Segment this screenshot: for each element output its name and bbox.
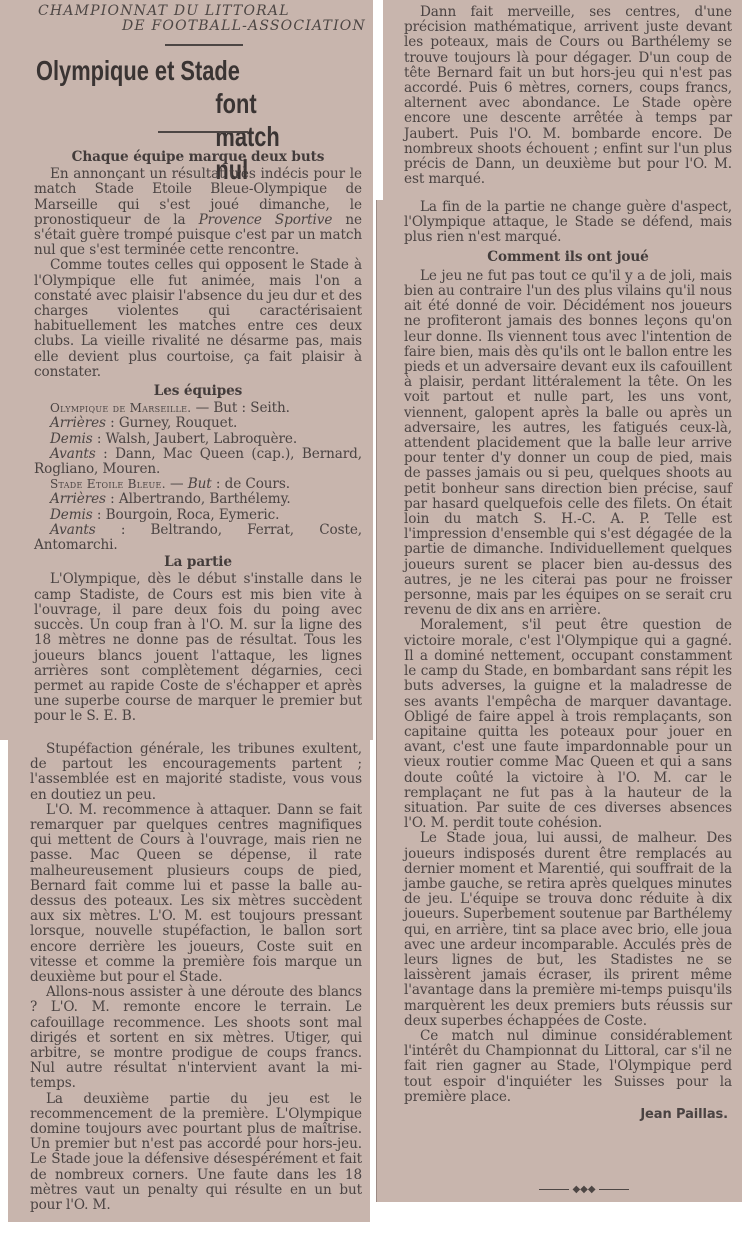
teams-subhead: Les équipes — [34, 384, 362, 399]
match-paragraph-4: Allons-nous assister à une déroute des b… — [30, 985, 362, 1091]
article-column-right-continued: La fin de la partie ne change guère d'as… — [404, 200, 732, 1122]
how-subhead: Comment ils ont joué — [404, 250, 732, 265]
position-label: Arrières — [50, 415, 106, 431]
players: de Cours. — [225, 476, 290, 492]
players: Seith. — [250, 400, 290, 416]
kicker: CHAMPIONNAT DU LITTORAL DE FOOTBALL-ASSO… — [38, 4, 368, 34]
match-paragraph-7: La fin de la partie ne change guère d'as… — [404, 200, 732, 246]
article-column-left: Chaque équipe marque deux buts En annonç… — [34, 148, 362, 725]
team-forwards-line: Avants : Dann, Mac Queen (cap.), Bernard… — [34, 447, 362, 477]
ornament-line — [539, 1189, 569, 1190]
kicker-line-2: DE FOOTBALL-ASSOCIATION — [38, 19, 368, 34]
divider-rule — [165, 44, 243, 46]
ornament-line — [599, 1189, 629, 1190]
byline: Jean Paillas. — [404, 1107, 732, 1122]
divider-rule — [158, 131, 248, 133]
team-halves-line: Demis : Walsh, Jaubert, Labroquère. — [34, 432, 362, 447]
match-paragraph-5: La deuxième partie du jeu est le recomme… — [30, 1092, 362, 1214]
players: Walsh, Jaubert, Labroquère. — [106, 431, 297, 447]
team-lineup-seb: Stade Etoile Bleue. — But : de Cours. Ar… — [34, 477, 362, 553]
headline-line-1: Olympique et Stade — [36, 54, 297, 87]
match-paragraph-3: L'O. M. recommence à attaquer. Dann se f… — [30, 803, 362, 985]
match-paragraph-1: L'Olympique, dès le début s'installe dan… — [34, 572, 362, 724]
team-name: Olympique de Marseille. — [50, 401, 191, 415]
team-halves-line: Demis : Bourgoin, Roca, Eymeric. — [34, 508, 362, 523]
how-paragraph-2: Moralement, s'il peut être question de v… — [404, 618, 732, 831]
match-paragraph-6: Dann fait merveille, ses centres, d'une … — [404, 5, 732, 187]
deck-subhead: Chaque équipe marque deux buts — [34, 150, 362, 165]
how-paragraph-3: Le Stade joua, lui aussi, de malheur. De… — [404, 831, 732, 1029]
team-defenders-line: Arrières : Gurney, Rouquet. — [34, 416, 362, 431]
team-name: Stade Etoile Bleue. — [50, 477, 166, 491]
position-label: Avants — [50, 522, 96, 538]
newspaper-title: Provence Sportive — [199, 212, 333, 228]
position-label: Demis — [50, 431, 93, 447]
how-paragraph-4: Ce match nul diminue considérablement l'… — [404, 1029, 732, 1105]
intro-paragraph-1: En annonçant un résultat très indécis po… — [34, 167, 362, 258]
players: Albertrando, Barthélemy. — [119, 491, 291, 507]
position-label: Arrières — [50, 491, 106, 507]
intro-paragraph-2: Comme toutes celles qui opposent le Stad… — [34, 258, 362, 380]
end-ornament: ◆◆◆ — [532, 1184, 636, 1195]
team-goal-line: Olympique de Marseille. — But : Seith. — [34, 401, 362, 416]
match-subhead: La partie — [34, 555, 362, 570]
team-forwards-line: Avants : Beltrando, Ferrat, Coste, Antom… — [34, 523, 362, 553]
how-paragraph-1: Le jeu ne fut pas tout ce qu'il y a de j… — [404, 269, 732, 619]
position-label: Demis — [50, 507, 93, 523]
article-column-right: Dann fait merveille, ses centres, d'une … — [404, 5, 732, 187]
position-label: But — [213, 400, 237, 416]
players: Gurney, Rouquet. — [119, 415, 237, 431]
kicker-line-1: CHAMPIONNAT DU LITTORAL — [38, 3, 290, 19]
match-paragraph-2: Stupéfaction générale, les tribunes exul… — [30, 742, 362, 803]
article-column-left-continued: Stupéfaction générale, les tribunes exul… — [30, 742, 362, 1213]
players: Bourgoin, Roca, Eymeric. — [106, 507, 280, 523]
ornament-diamonds-icon: ◆◆◆ — [572, 1184, 595, 1195]
position-label: Avants — [50, 446, 96, 462]
team-lineup-om: Olympique de Marseille. — But : Seith. A… — [34, 401, 362, 477]
position-label: But — [188, 476, 212, 492]
team-defenders-line: Arrières : Albertrando, Barthélemy. — [34, 492, 362, 507]
team-goal-line: Stade Etoile Bleue. — But : de Cours. — [34, 477, 362, 492]
